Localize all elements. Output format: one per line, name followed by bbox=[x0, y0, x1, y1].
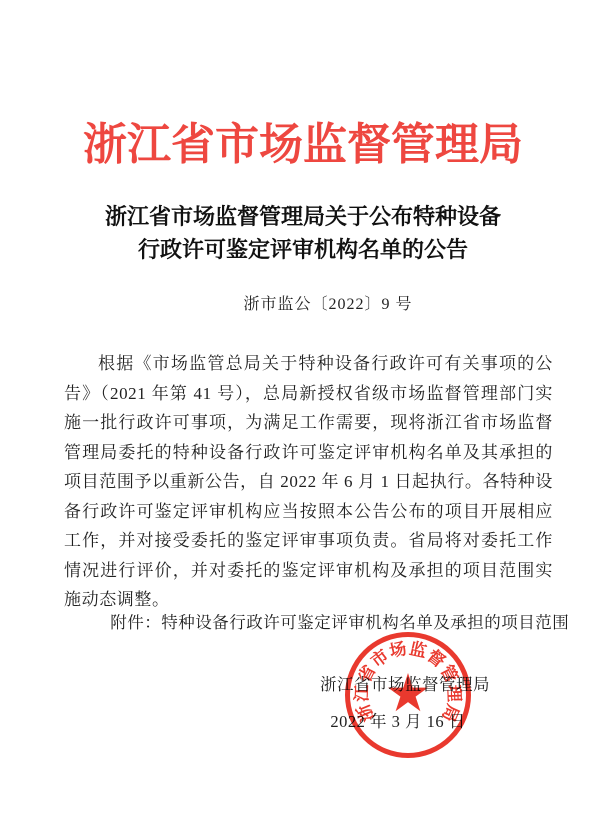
seal-char: 督 bbox=[424, 645, 450, 671]
document-title-line2: 行政许可鉴定评审机构名单的公告 bbox=[0, 233, 606, 266]
signature-block: 浙江省市场监督管理局 2022 年 3 月 16 日 bbox=[300, 671, 510, 732]
document-page: 浙江省市场监督管理局 浙江省市场监督管理局关于公布特种设备 行政许可鉴定评审机构… bbox=[0, 0, 606, 816]
seal-char: 监 bbox=[408, 638, 429, 661]
document-number: 浙市监公〔2022〕9 号 bbox=[25, 291, 606, 314]
seal-char: 场 bbox=[388, 639, 409, 661]
seal-char: 市 bbox=[367, 645, 393, 671]
document-title-line1: 浙江省市场监督管理局关于公布特种设备 bbox=[0, 200, 606, 233]
letterhead-title: 浙江省市场监督管理局 bbox=[0, 108, 606, 172]
document-title: 浙江省市场监督管理局关于公布特种设备 行政许可鉴定评审机构名单的公告 bbox=[0, 200, 606, 266]
body-paragraph: 根据《市场监管总局关于特种设备行政许可有关事项的公告》（2021 年第 41 号… bbox=[64, 349, 553, 615]
signature-date: 2022 年 3 月 16 日 bbox=[300, 708, 496, 732]
signature-issuer: 浙江省市场监督管理局 bbox=[300, 671, 510, 695]
attachment-line: 附件：特种设备行政许可鉴定评审机构名单及承担的项目范围 bbox=[64, 609, 553, 633]
